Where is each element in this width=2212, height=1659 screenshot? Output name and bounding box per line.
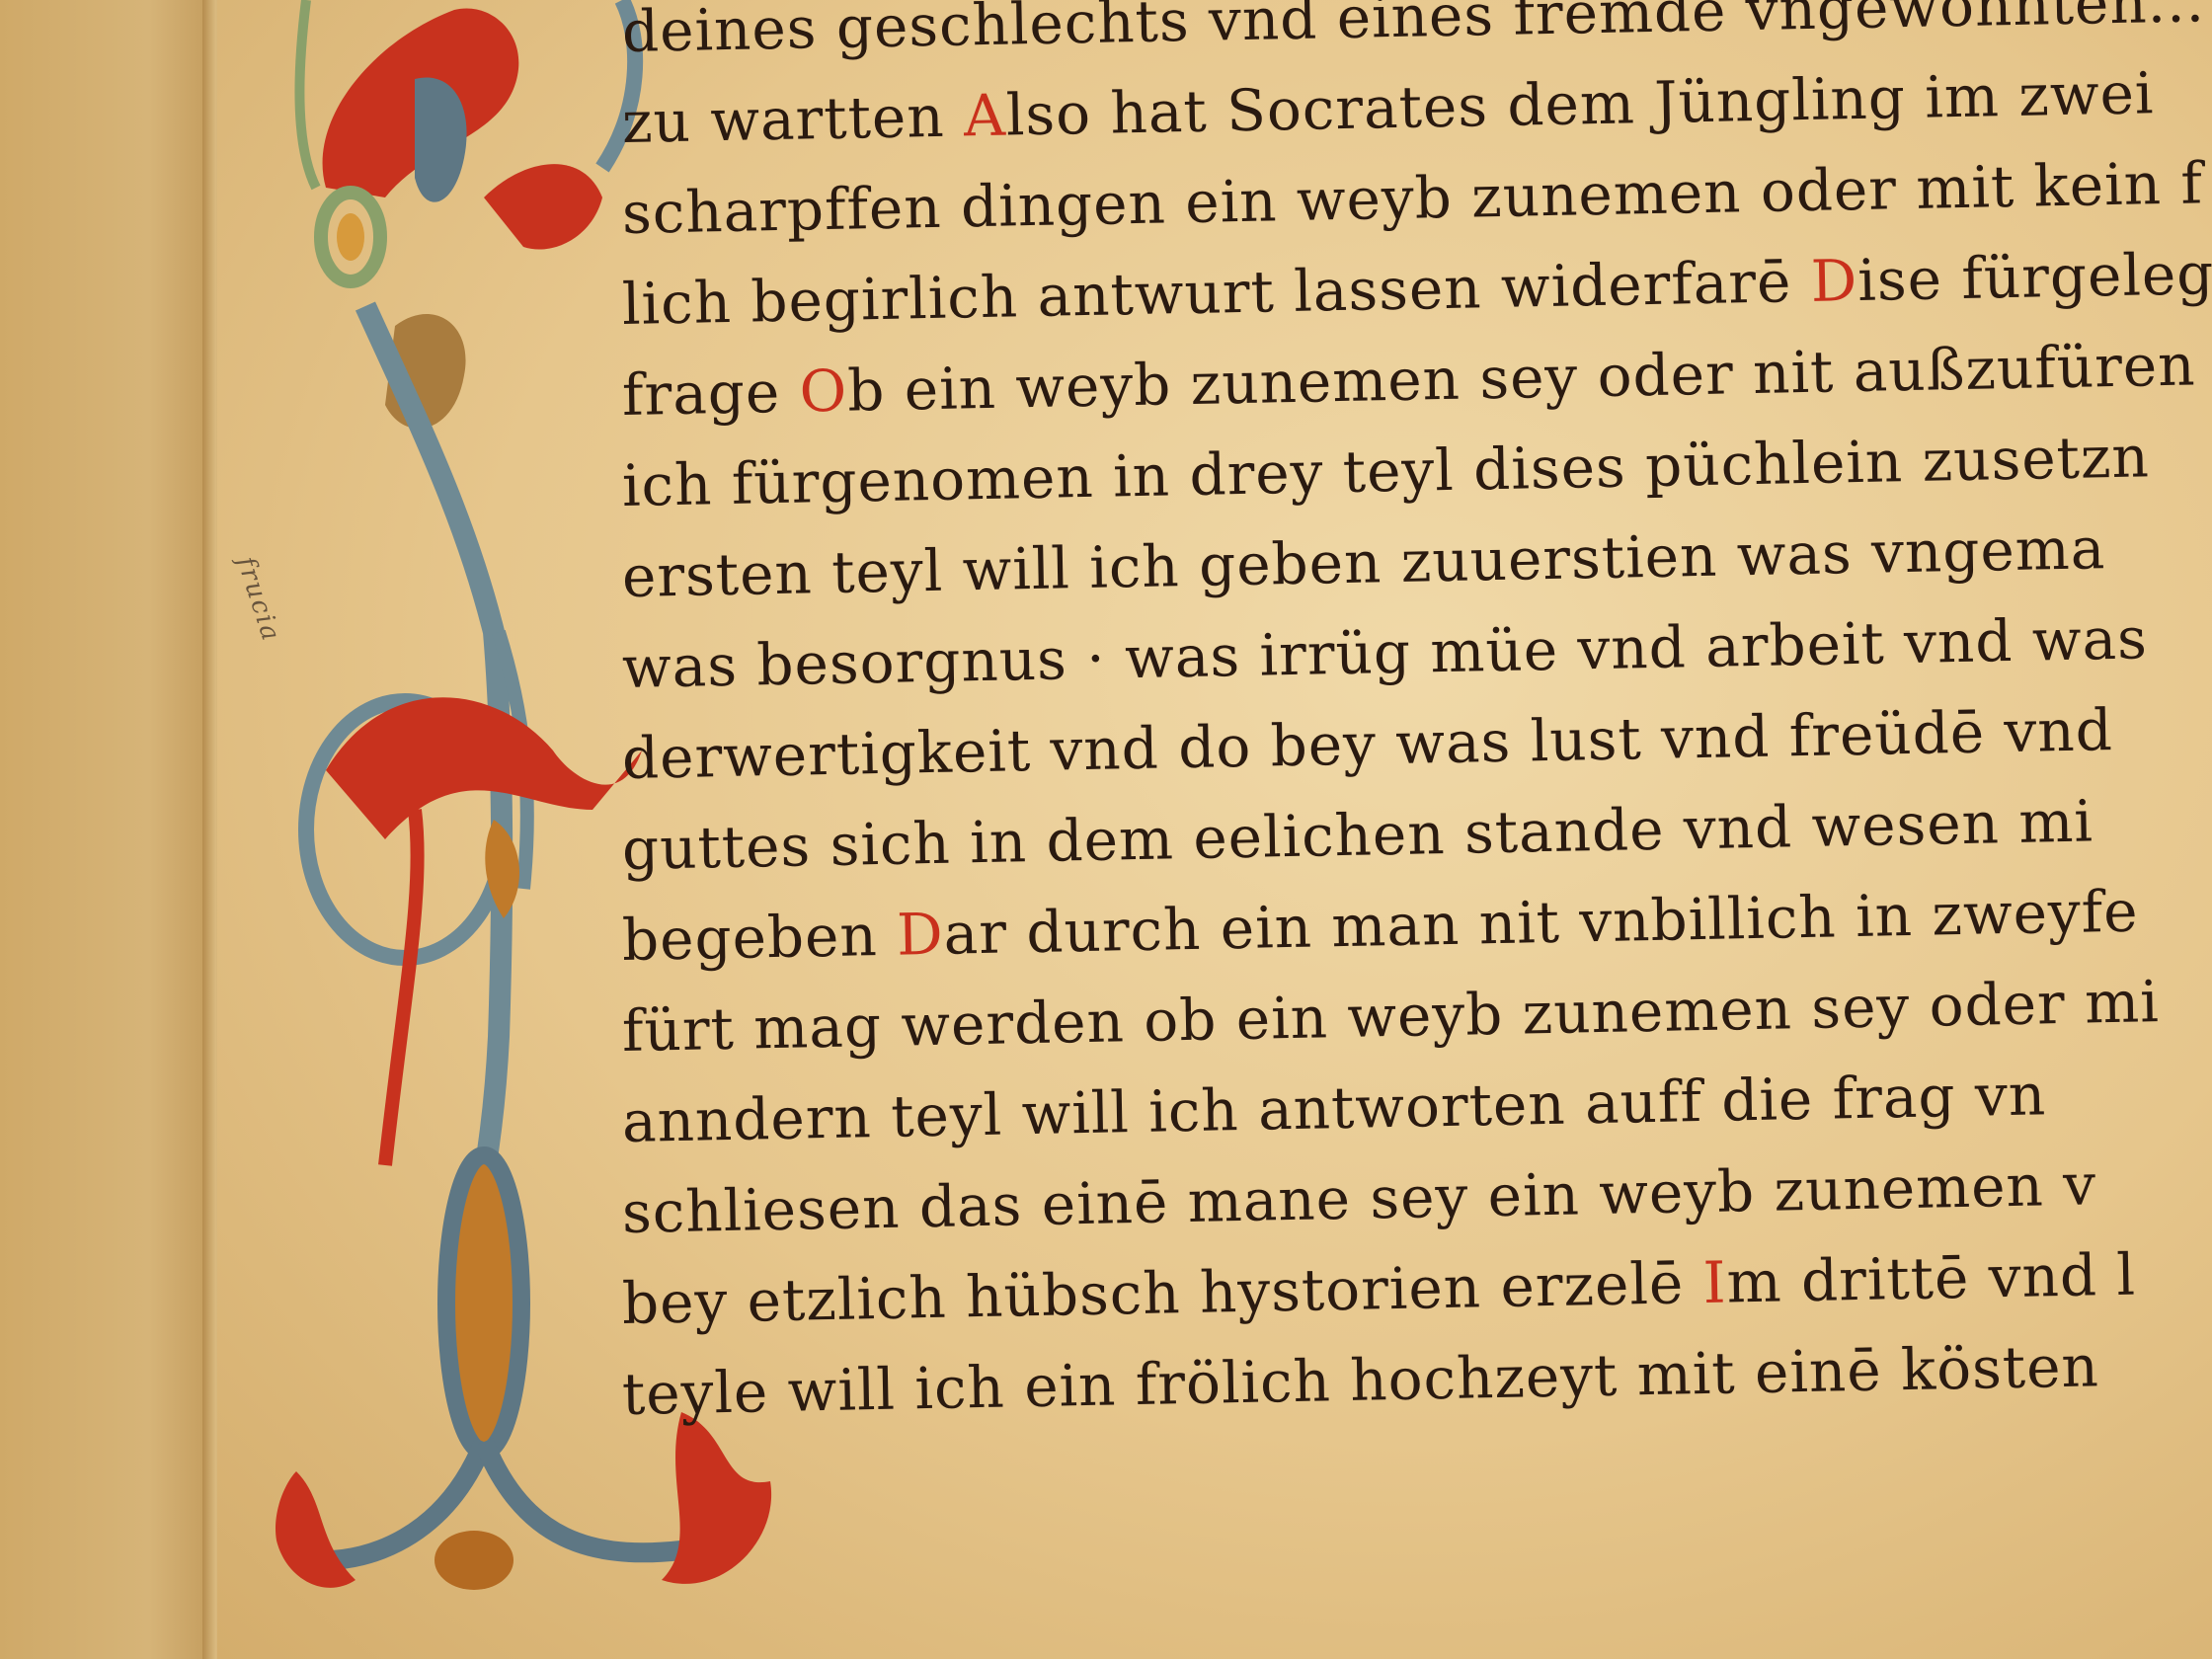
rubricated-letter: I [1702,1249,1727,1316]
rubricated-letter: D [896,901,944,969]
text-block: deines geschlechts vnd eines fremde vnge… [622,0,2212,1440]
rubricated-letter: D [1810,247,1858,315]
rubricated-letter: O [799,357,848,426]
left-page-edge [0,0,212,1659]
rubricated-letter: A [963,82,1006,150]
